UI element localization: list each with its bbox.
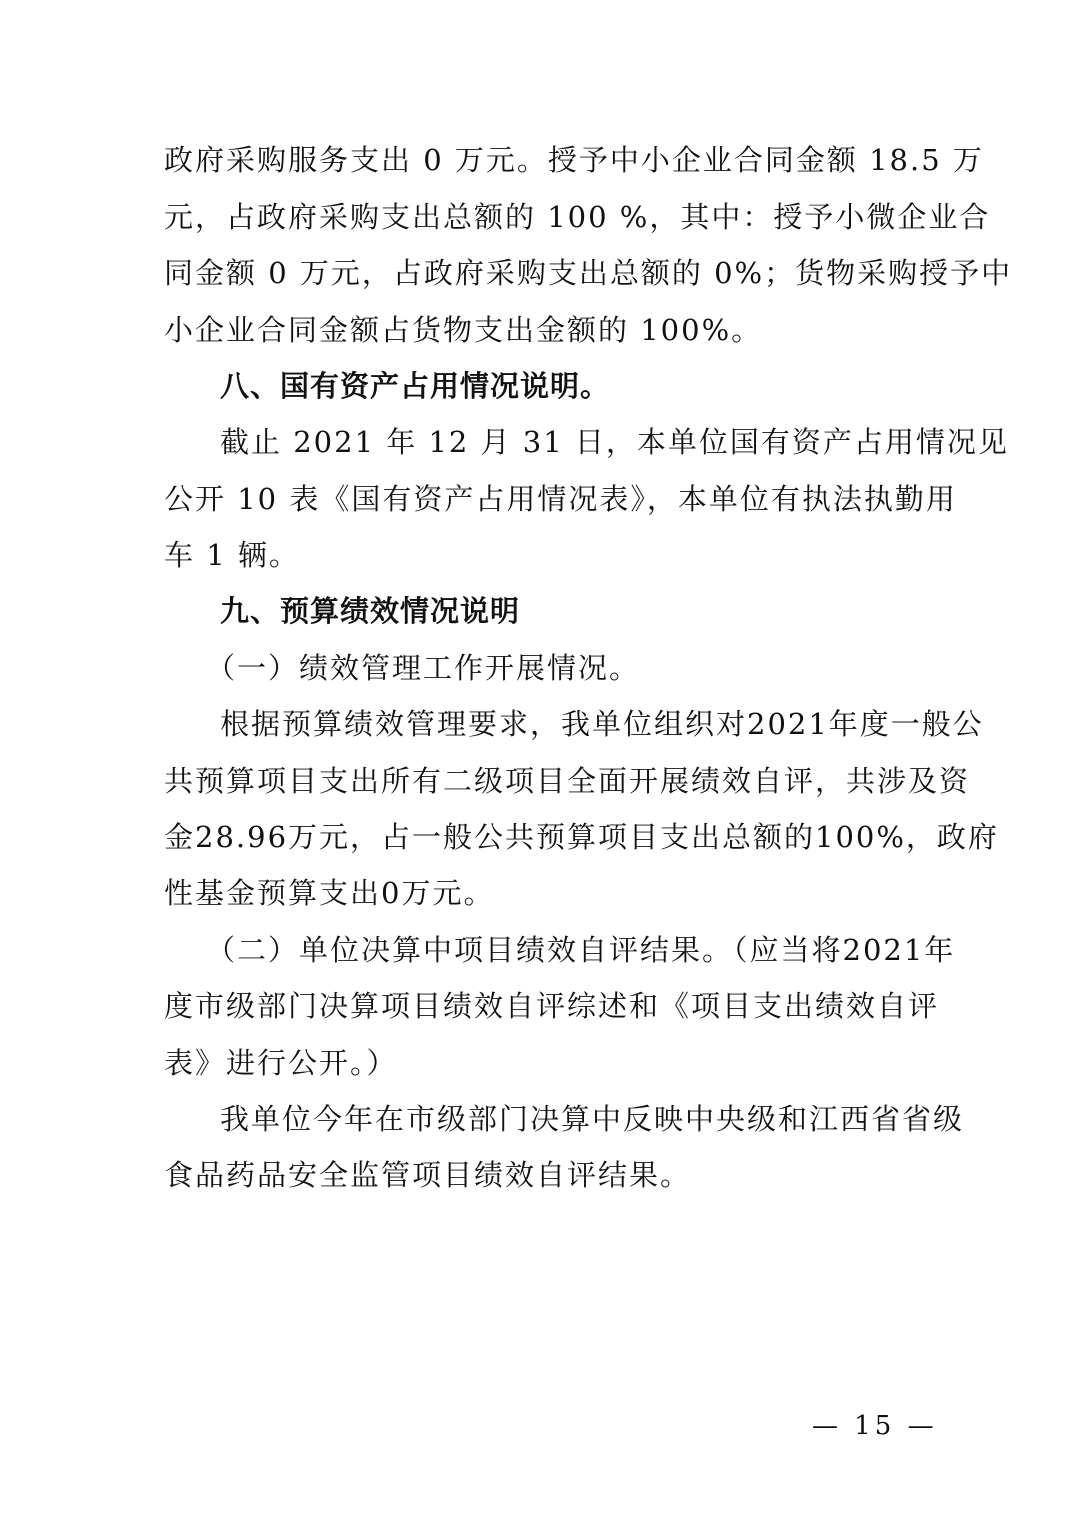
body-text-line: 同金额 0 万元，占政府采购支出总额的 0%；货物采购授予中 [164, 253, 1012, 293]
subsection-heading-1: （一）绩效管理工作开展情况。 [206, 648, 640, 688]
body-text-line: 金28.96万元，占一般公共预算项目支出总额的100%，政府 [164, 817, 999, 857]
subsection-heading-2-cont: 度市级部门决算项目绩效自评综述和《项目支出绩效自评 [164, 986, 939, 1026]
body-text-line: 元，占政府采购支出总额的 100 %，其中：授予小微企业合 [164, 197, 990, 237]
section-heading-9: 九、预算绩效情况说明 [220, 591, 520, 631]
page-number: — 15 — [812, 1408, 938, 1444]
document-page: 政府采购服务支出 0 万元。授予中小企业合同金额 18.5 万 元，占政府采购支… [0, 0, 1074, 1520]
body-text-line: 公开 10 表《国有资产占用情况表》，本单位有执法执勤用 [164, 479, 957, 519]
subsection-heading-2: （二）单位决算中项目绩效自评结果。（应当将2021年 [206, 930, 955, 970]
body-text-line: 车 1 辆。 [164, 535, 300, 575]
body-text-line: 我单位今年在市级部门决算中反映中央级和江西省省级 [220, 1099, 964, 1139]
body-text-line: 政府采购服务支出 0 万元。授予中小企业合同金额 18.5 万 [164, 140, 984, 180]
body-text-line: 共预算项目支出所有二级项目全面开展绩效自评，共涉及资 [164, 761, 970, 801]
section-heading-8: 八、国有资产占用情况说明。 [220, 366, 610, 406]
subsection-heading-2-cont: 表》进行公开。） [164, 1043, 398, 1083]
body-text-line: 性基金预算支出0万元。 [164, 873, 494, 913]
body-text-line: 截止 2021 年 12 月 31 日，本单位国有资产占用情况见 [220, 422, 1009, 462]
body-text-line: 食品药品安全监管项目绩效自评结果。 [164, 1155, 691, 1195]
body-text-line: 根据预算绩效管理要求，我单位组织对2021年度一般公 [220, 704, 984, 744]
body-text-line: 小企业合同金额占货物支出金额的 100%。 [164, 310, 762, 350]
